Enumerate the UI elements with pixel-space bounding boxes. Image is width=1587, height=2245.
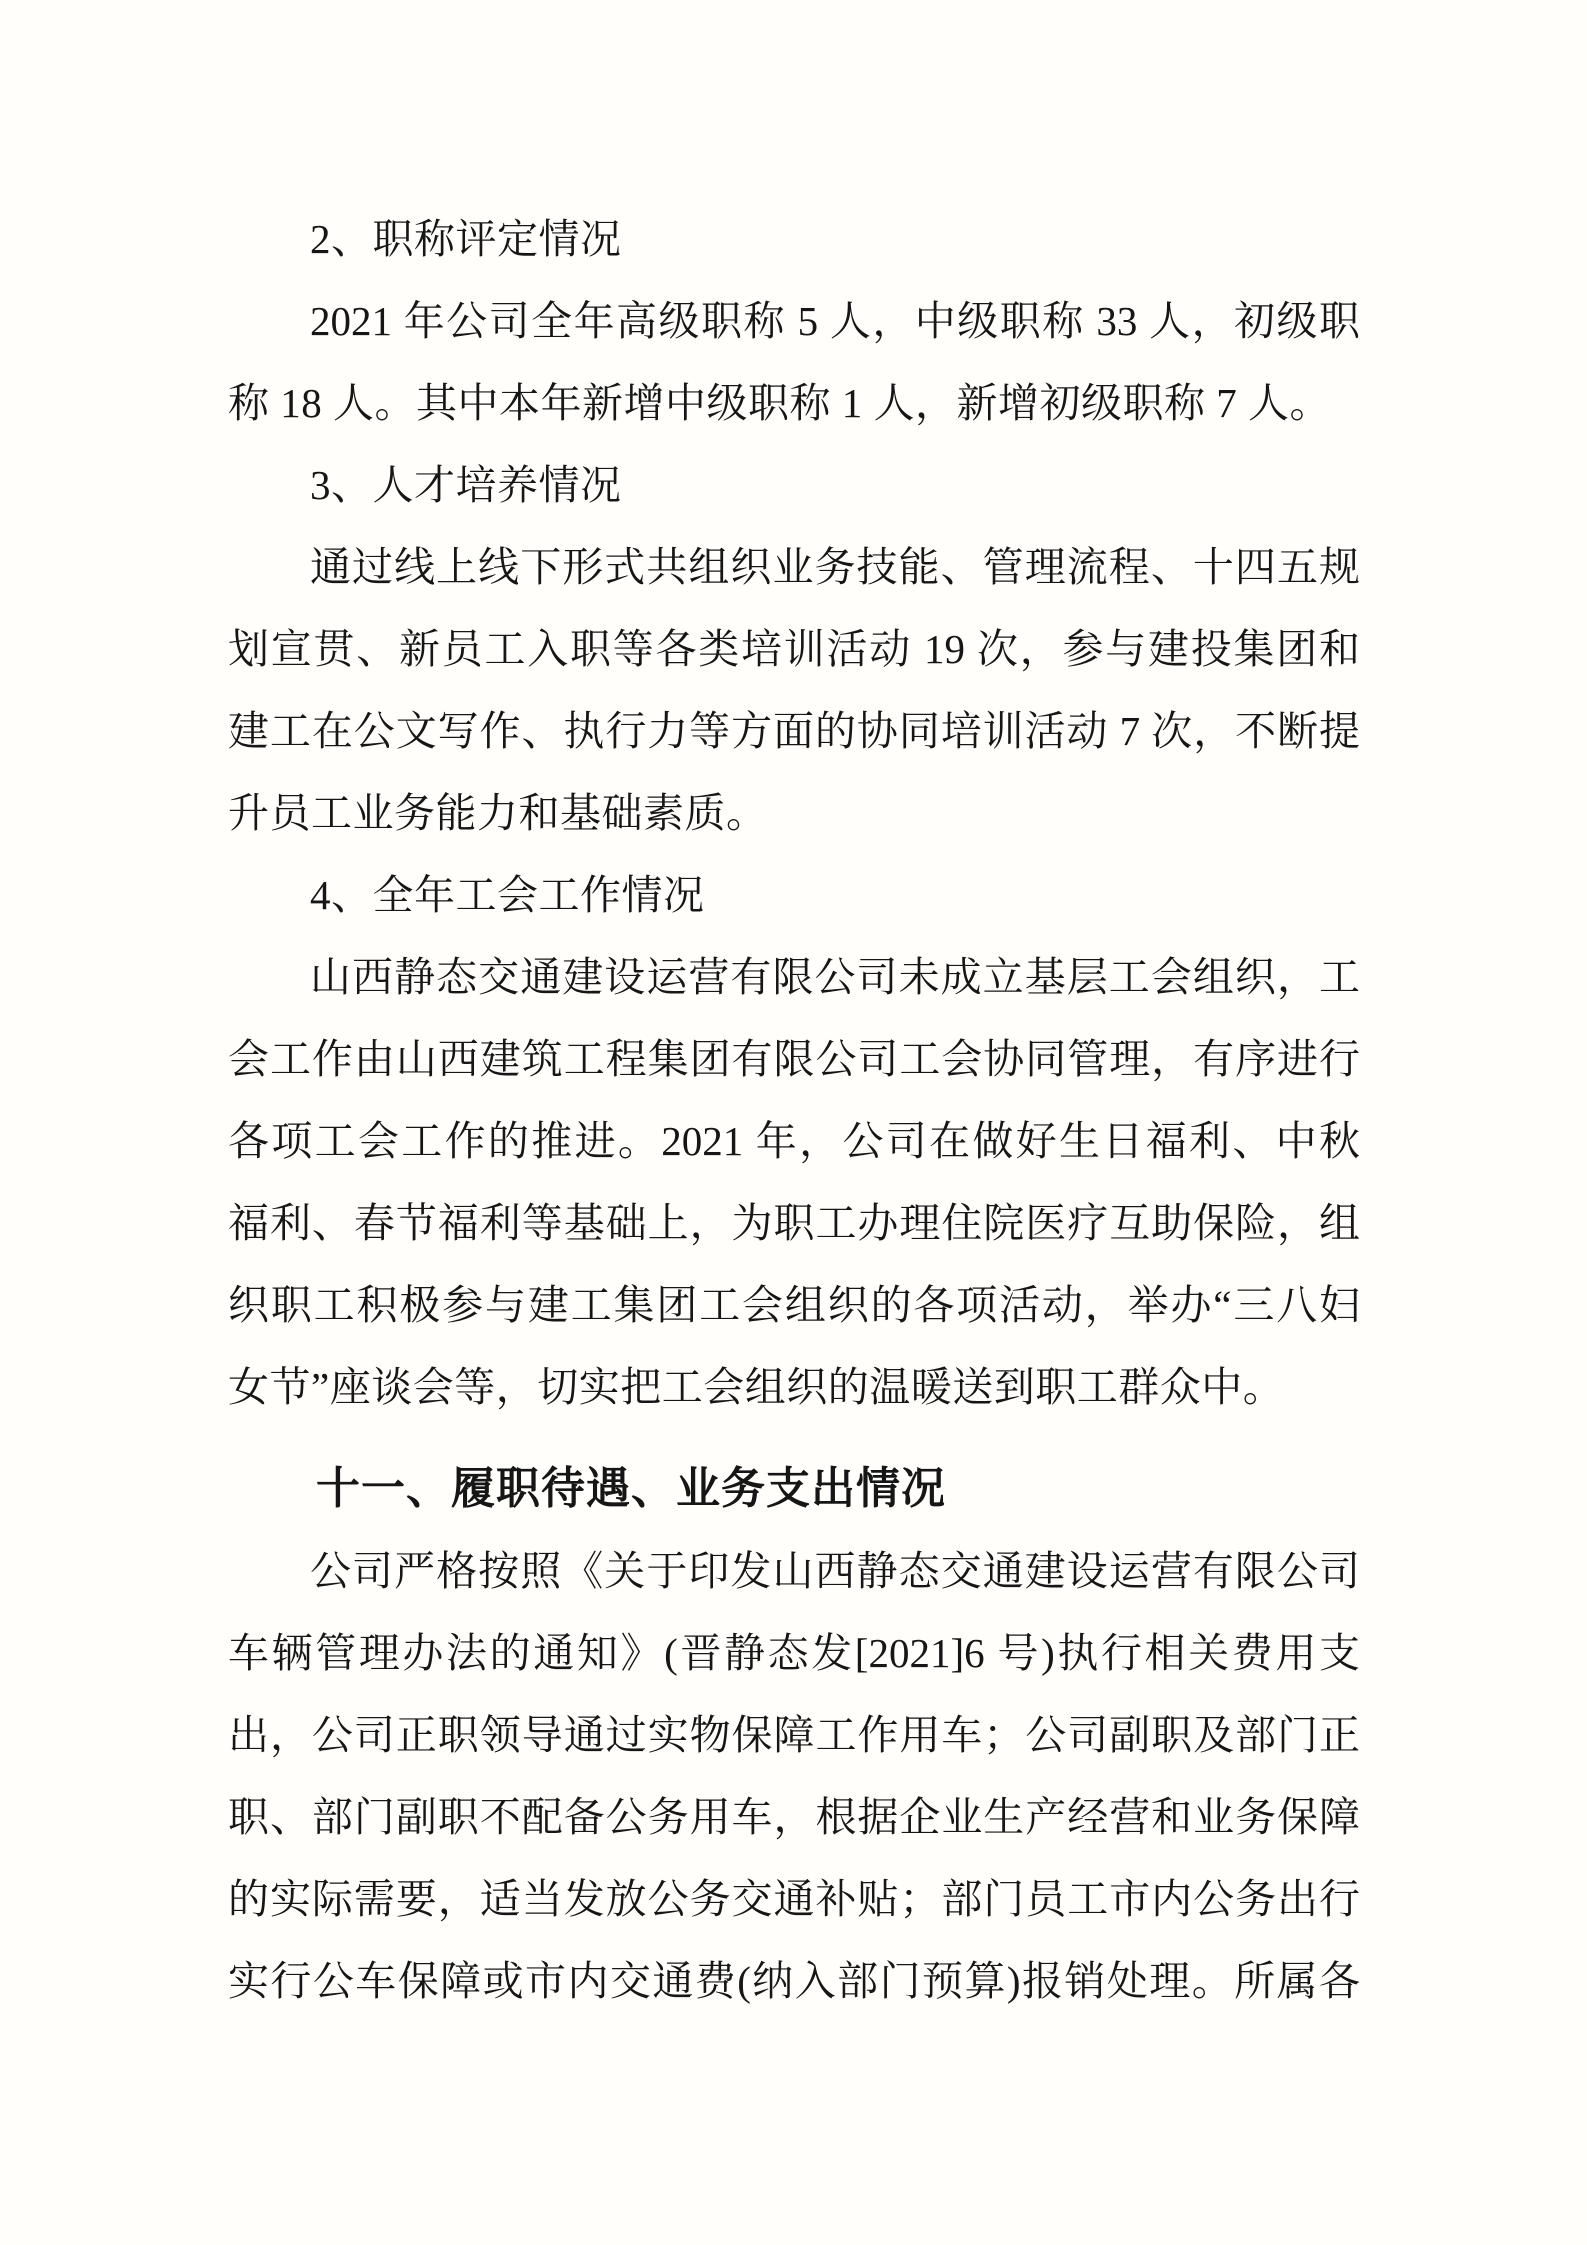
subheading-4: 4、全年工会工作情况 [228, 854, 1360, 936]
paragraph-line: 实行公车保障或市内交通费(纳入部门预算)报销处理。所属各 [228, 1940, 1360, 2022]
subheading-3: 3、人才培养情况 [228, 444, 1360, 526]
paragraph-line: 建工在公文写作、执行力等方面的协同培训活动 7 次，不断提 [228, 690, 1360, 772]
paragraph-line: 会工作由山西建筑工程集团有限公司工会协同管理，有序进行 [228, 1018, 1360, 1100]
paragraph-line: 的实际需要，适当发放公务交通补贴；部门员工市内公务出行 [228, 1858, 1360, 1940]
subheading-2: 2、职称评定情况 [228, 198, 1360, 280]
paragraph-line: 称 18 人。其中本年新增中级职称 1 人，新增初级职称 7 人。 [228, 362, 1360, 444]
paragraph-line: 车辆管理办法的通知》(晋静态发[2021]6 号)执行相关费用支 [228, 1612, 1360, 1694]
paragraph-line: 山西静态交通建设运营有限公司未成立基层工会组织，工 [228, 936, 1360, 1018]
paragraph-line: 2021 年公司全年高级职称 5 人，中级职称 33 人，初级职 [228, 280, 1360, 362]
paragraph-line: 织职工积极参与建工集团工会组织的各项活动，举办“三八妇 [228, 1264, 1360, 1346]
paragraph-line: 升员工业务能力和基础素质。 [228, 772, 1360, 854]
paragraph-line: 公司严格按照《关于印发山西静态交通建设运营有限公司 [228, 1530, 1360, 1612]
paragraph-line: 各项工会工作的推进。2021 年，公司在做好生日福利、中秋 [228, 1100, 1360, 1182]
paragraph-line: 福利、春节福利等基础上，为职工办理住院医疗互助保险，组 [228, 1182, 1360, 1264]
paragraph-line: 出，公司正职领导通过实物保障工作用车；公司副职及部门正 [228, 1694, 1360, 1776]
paragraph-line: 女节”座谈会等，切实把工会组织的温暖送到职工群众中。 [228, 1346, 1360, 1428]
document-page: 2、职称评定情况 2021 年公司全年高级职称 5 人，中级职称 33 人，初级… [0, 0, 1587, 2245]
section-heading-11: 十一、履职待遇、业务支出情况 [228, 1448, 1360, 1530]
paragraph-line: 职、部门副职不配备公务用车，根据企业生产经营和业务保障 [228, 1776, 1360, 1858]
paragraph-line: 划宣贯、新员工入职等各类培训活动 19 次，参与建投集团和 [228, 608, 1360, 690]
paragraph-line: 通过线上线下形式共组织业务技能、管理流程、十四五规 [228, 526, 1360, 608]
